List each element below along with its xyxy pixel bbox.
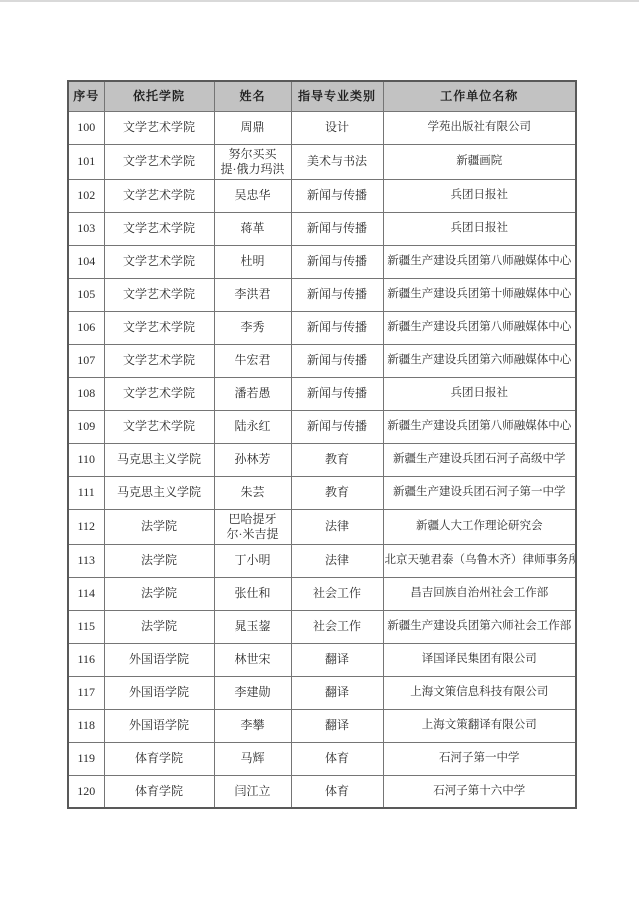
cell-category: 社会工作: [291, 610, 383, 643]
cell-name: 晁玉鋆: [214, 610, 291, 643]
cell-no: 112: [68, 509, 104, 544]
cell-category: 翻译: [291, 709, 383, 742]
cell-college: 法学院: [104, 544, 214, 577]
cell-name: 巴哈提牙尔·米吉提: [214, 509, 291, 544]
cell-name: 朱芸: [214, 476, 291, 509]
cell-unit: 新疆生产建设兵团第十师融媒体中心: [383, 278, 576, 311]
cell-category: 法律: [291, 544, 383, 577]
column-header-college: 依托学院: [104, 81, 214, 111]
cell-college: 文学艺术学院: [104, 212, 214, 245]
cell-no: 117: [68, 676, 104, 709]
cell-unit: 兵团日报社: [383, 212, 576, 245]
table-row: 109文学艺术学院陆永红新闻与传播新疆生产建设兵团第八师融媒体中心: [68, 410, 576, 443]
cell-category: 新闻与传播: [291, 212, 383, 245]
cell-category: 新闻与传播: [291, 311, 383, 344]
cell-name: 潘若愚: [214, 377, 291, 410]
cell-name: 周鼎: [214, 111, 291, 144]
cell-category: 新闻与传播: [291, 245, 383, 278]
cell-category: 体育: [291, 742, 383, 775]
table-row: 120体育学院闫江立体育石河子第十六中学: [68, 775, 576, 808]
cell-college: 文学艺术学院: [104, 111, 214, 144]
cell-no: 102: [68, 179, 104, 212]
cell-no: 110: [68, 443, 104, 476]
cell-no: 115: [68, 610, 104, 643]
cell-name: 李秀: [214, 311, 291, 344]
cell-name: 马辉: [214, 742, 291, 775]
table-row: 103文学艺术学院蒋革新闻与传播兵团日报社: [68, 212, 576, 245]
cell-unit: 新疆生产建设兵团石河子第一中学: [383, 476, 576, 509]
cell-no: 108: [68, 377, 104, 410]
cell-no: 109: [68, 410, 104, 443]
cell-name: 努尔买买提·俄力玛洪: [214, 144, 291, 179]
cell-no: 118: [68, 709, 104, 742]
table-header-row: 序号 依托学院 姓名 指导专业类别 工作单位名称: [68, 81, 576, 111]
teacher-roster-table: 序号 依托学院 姓名 指导专业类别 工作单位名称 100文学艺术学院周鼎设计学苑…: [67, 80, 577, 809]
cell-name: 李洪君: [214, 278, 291, 311]
cell-name: 闫江立: [214, 775, 291, 808]
cell-category: 设计: [291, 111, 383, 144]
cell-name: 孙林芳: [214, 443, 291, 476]
cell-no: 101: [68, 144, 104, 179]
table-row: 102文学艺术学院吴忠华新闻与传播兵团日报社: [68, 179, 576, 212]
cell-college: 外国语学院: [104, 643, 214, 676]
cell-college: 文学艺术学院: [104, 278, 214, 311]
table-row: 106文学艺术学院李秀新闻与传播新疆生产建设兵团第八师融媒体中心: [68, 311, 576, 344]
cell-category: 教育: [291, 476, 383, 509]
table-row: 116外国语学院林世宋翻译译国译民集团有限公司: [68, 643, 576, 676]
cell-name: 陆永红: [214, 410, 291, 443]
table-row: 101文学艺术学院努尔买买提·俄力玛洪美术与书法新疆画院: [68, 144, 576, 179]
cell-unit: 北京天驰君泰（乌鲁木齐）律师事务所: [383, 544, 576, 577]
table-row: 117外国语学院李建勋翻译上海文策信息科技有限公司: [68, 676, 576, 709]
table-row: 113法学院丁小明法律北京天驰君泰（乌鲁木齐）律师事务所: [68, 544, 576, 577]
cell-college: 文学艺术学院: [104, 311, 214, 344]
cell-college: 文学艺术学院: [104, 410, 214, 443]
table-body: 100文学艺术学院周鼎设计学苑出版社有限公司101文学艺术学院努尔买买提·俄力玛…: [68, 111, 576, 808]
cell-name: 林世宋: [214, 643, 291, 676]
table-row: 105文学艺术学院李洪君新闻与传播新疆生产建设兵团第十师融媒体中心: [68, 278, 576, 311]
cell-college: 法学院: [104, 577, 214, 610]
cell-college: 文学艺术学院: [104, 344, 214, 377]
cell-college: 文学艺术学院: [104, 144, 214, 179]
table-row: 111马克思主义学院朱芸教育新疆生产建设兵团石河子第一中学: [68, 476, 576, 509]
cell-no: 106: [68, 311, 104, 344]
column-header-no: 序号: [68, 81, 104, 111]
cell-name: 杜明: [214, 245, 291, 278]
cell-category: 教育: [291, 443, 383, 476]
cell-college: 文学艺术学院: [104, 179, 214, 212]
column-header-category: 指导专业类别: [291, 81, 383, 111]
cell-name: 丁小明: [214, 544, 291, 577]
cell-no: 103: [68, 212, 104, 245]
cell-category: 体育: [291, 775, 383, 808]
cell-category: 新闻与传播: [291, 377, 383, 410]
cell-unit: 昌吉回族自治州社会工作部: [383, 577, 576, 610]
table-row: 104文学艺术学院杜明新闻与传播新疆生产建设兵团第八师融媒体中心: [68, 245, 576, 278]
cell-category: 新闻与传播: [291, 278, 383, 311]
cell-category: 新闻与传播: [291, 344, 383, 377]
cell-unit: 新疆生产建设兵团第八师融媒体中心: [383, 245, 576, 278]
cell-college: 外国语学院: [104, 676, 214, 709]
cell-category: 法律: [291, 509, 383, 544]
table-row: 119体育学院马辉体育石河子第一中学: [68, 742, 576, 775]
cell-unit: 新疆画院: [383, 144, 576, 179]
cell-name: 牛宏君: [214, 344, 291, 377]
table-row: 114法学院张仕和社会工作昌吉回族自治州社会工作部: [68, 577, 576, 610]
cell-name: 李攀: [214, 709, 291, 742]
cell-college: 马克思主义学院: [104, 443, 214, 476]
cell-unit: 兵团日报社: [383, 179, 576, 212]
cell-name: 吴忠华: [214, 179, 291, 212]
table-row: 108文学艺术学院潘若愚新闻与传播兵团日报社: [68, 377, 576, 410]
cell-no: 113: [68, 544, 104, 577]
cell-category: 美术与书法: [291, 144, 383, 179]
cell-unit: 石河子第一中学: [383, 742, 576, 775]
table-row: 110马克思主义学院孙林芳教育新疆生产建设兵团石河子高级中学: [68, 443, 576, 476]
cell-no: 116: [68, 643, 104, 676]
column-header-unit: 工作单位名称: [383, 81, 576, 111]
cell-no: 120: [68, 775, 104, 808]
table-row: 100文学艺术学院周鼎设计学苑出版社有限公司: [68, 111, 576, 144]
cell-category: 社会工作: [291, 577, 383, 610]
table-row: 115法学院晁玉鋆社会工作新疆生产建设兵团第六师社会工作部: [68, 610, 576, 643]
cell-unit: 新疆生产建设兵团石河子高级中学: [383, 443, 576, 476]
cell-no: 105: [68, 278, 104, 311]
table-row: 118外国语学院李攀翻译上海文策翻译有限公司: [68, 709, 576, 742]
cell-college: 体育学院: [104, 775, 214, 808]
column-header-name: 姓名: [214, 81, 291, 111]
cell-unit: 译国译民集团有限公司: [383, 643, 576, 676]
cell-unit: 兵团日报社: [383, 377, 576, 410]
cell-college: 马克思主义学院: [104, 476, 214, 509]
cell-unit: 上海文策翻译有限公司: [383, 709, 576, 742]
cell-unit: 新疆生产建设兵团第六师融媒体中心: [383, 344, 576, 377]
cell-unit: 上海文策信息科技有限公司: [383, 676, 576, 709]
cell-college: 文学艺术学院: [104, 377, 214, 410]
cell-college: 法学院: [104, 509, 214, 544]
cell-college: 体育学院: [104, 742, 214, 775]
table-row: 107文学艺术学院牛宏君新闻与传播新疆生产建设兵团第六师融媒体中心: [68, 344, 576, 377]
cell-unit: 新疆生产建设兵团第八师融媒体中心: [383, 410, 576, 443]
cell-unit: 石河子第十六中学: [383, 775, 576, 808]
cell-no: 114: [68, 577, 104, 610]
cell-category: 翻译: [291, 676, 383, 709]
cell-category: 新闻与传播: [291, 410, 383, 443]
cell-no: 100: [68, 111, 104, 144]
cell-name: 张仕和: [214, 577, 291, 610]
page-top-edge: [0, 0, 639, 2]
table-row: 112法学院巴哈提牙尔·米吉提法律新疆人大工作理论研究会: [68, 509, 576, 544]
cell-college: 外国语学院: [104, 709, 214, 742]
cell-unit: 学苑出版社有限公司: [383, 111, 576, 144]
cell-college: 文学艺术学院: [104, 245, 214, 278]
cell-college: 法学院: [104, 610, 214, 643]
cell-name: 蒋革: [214, 212, 291, 245]
cell-unit: 新疆生产建设兵团第八师融媒体中心: [383, 311, 576, 344]
cell-unit: 新疆生产建设兵团第六师社会工作部: [383, 610, 576, 643]
cell-unit: 新疆人大工作理论研究会: [383, 509, 576, 544]
cell-no: 119: [68, 742, 104, 775]
cell-no: 104: [68, 245, 104, 278]
cell-category: 新闻与传播: [291, 179, 383, 212]
cell-category: 翻译: [291, 643, 383, 676]
cell-name: 李建勋: [214, 676, 291, 709]
cell-no: 107: [68, 344, 104, 377]
cell-no: 111: [68, 476, 104, 509]
